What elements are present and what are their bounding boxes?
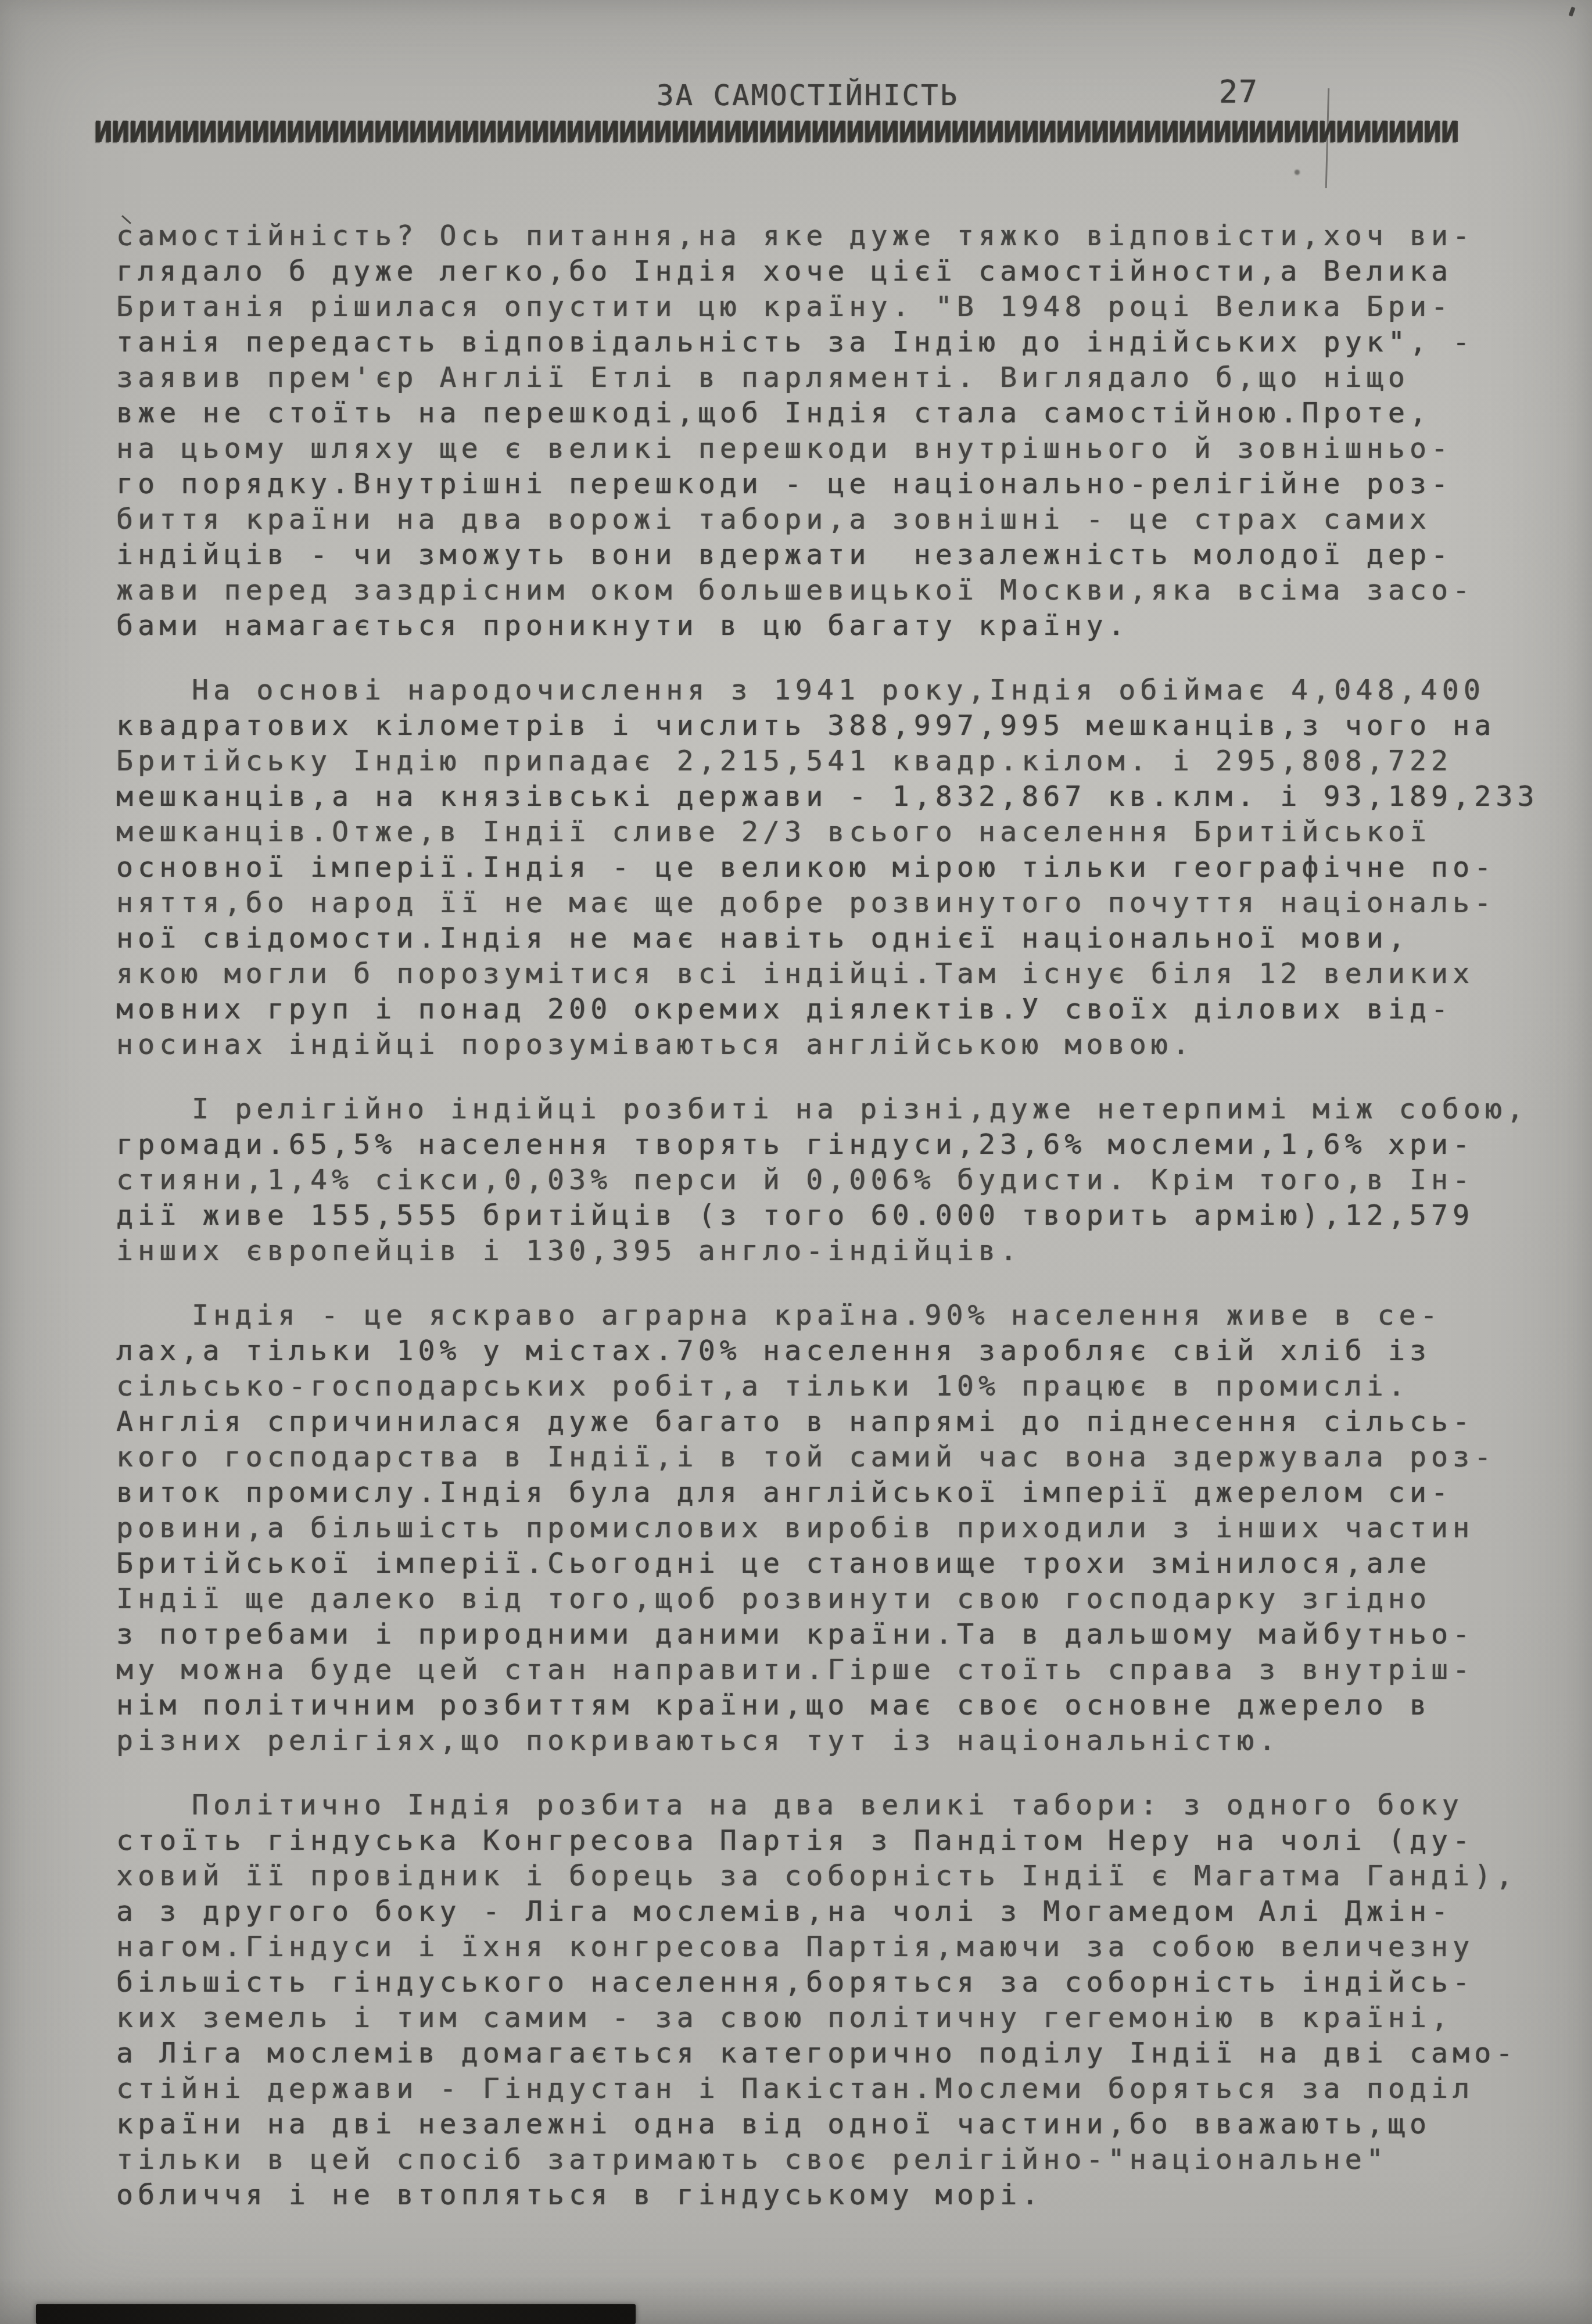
text-line: кого господарства в Індії,і в той самий … bbox=[116, 1440, 1539, 1475]
text-line: Бритійську Індію припадає 2,215,541 квад… bbox=[116, 744, 1539, 779]
text-line: ховий її провідник і борець за соборніст… bbox=[116, 1859, 1539, 1894]
text-line: різних релігіях,що покриваються тут із н… bbox=[116, 1723, 1539, 1759]
text-line: виток промислу.Індія була для англійсько… bbox=[116, 1475, 1539, 1511]
text-line: Британія рішилася опустити цю країну. "В… bbox=[116, 289, 1539, 325]
scan-edge-black-bar bbox=[36, 2304, 636, 2324]
text-line: му можна буде цей стан направити.Гірше с… bbox=[116, 1652, 1539, 1688]
text-line: основної імперії.Індія - це великою міро… bbox=[116, 850, 1539, 885]
text-line: глядало б дуже легко,бо Індія хоче цієї … bbox=[116, 254, 1539, 289]
text-line: Індії ще далеко від того,щоб розвинути с… bbox=[116, 1581, 1539, 1617]
text-line: заявив прем'єр Англії Етлі в парляменті.… bbox=[116, 360, 1539, 396]
text-line: квадратових кілометрів і числить 388,997… bbox=[116, 708, 1539, 744]
paragraph-5: Політично Індія розбита на два великі та… bbox=[116, 1788, 1539, 2213]
paragraph-1: самостійність? Ось питання,на яке дуже т… bbox=[116, 218, 1539, 644]
text-line: Політично Індія розбита на два великі та… bbox=[116, 1788, 1539, 1823]
typed-divider-line: ИИИИИИИИИИИИИИИИИИИИИИИИИИИИИИИИИИИИИИИИ… bbox=[94, 115, 1458, 149]
paragraph-4: Індія - це яскраво аграрна країна.90% на… bbox=[116, 1298, 1539, 1759]
ink-speck bbox=[1295, 170, 1300, 175]
text-line: ких земель і тим самим - за свою політич… bbox=[116, 2000, 1539, 2036]
text-line: мешканців,а на князівські держави - 1,83… bbox=[116, 779, 1539, 815]
text-line: сільсько-господарських робіт,а тільки 10… bbox=[116, 1369, 1539, 1404]
text-line: мешканців.Отже,в Індії сливе 2/3 всього … bbox=[116, 815, 1539, 850]
text-line: стоїть гіндуська Конгресова Партія з Пан… bbox=[116, 1823, 1539, 1859]
text-line: дії живе 155,555 бритійців (з того 60.00… bbox=[116, 1198, 1539, 1233]
text-body: самостійність? Ось питання,на яке дуже т… bbox=[116, 218, 1539, 2242]
text-line: більшість гіндуського населення,боряться… bbox=[116, 1965, 1539, 2000]
text-line: тільки в цей спосіб затримають своє релі… bbox=[116, 2142, 1539, 2178]
text-line: лах,а тільки 10% у містах.70% населення … bbox=[116, 1333, 1539, 1369]
text-line: інших європейців і 130,395 англо-індійці… bbox=[116, 1233, 1539, 1269]
text-line: носинах індійці порозуміваються англійсь… bbox=[116, 1027, 1539, 1063]
text-line: індійців - чи зможуть вони вдержати неза… bbox=[116, 537, 1539, 573]
scanned-document-page: { "document": { "header": { "title": "ЗА… bbox=[0, 0, 1592, 2324]
text-line: вже не стоїть на перешкоді,щоб Індія ста… bbox=[116, 396, 1539, 431]
text-line: На основі народочислення з 1941 року,Інд… bbox=[116, 673, 1539, 708]
text-line: танія передасть відповідальність за Інді… bbox=[116, 325, 1539, 360]
text-line: з потребами і природними даними країни.Т… bbox=[116, 1617, 1539, 1652]
text-line: нім політичним розбиттям країни,що має с… bbox=[116, 1688, 1539, 1723]
text-line: Бритійської імперії.Сьогодні це становищ… bbox=[116, 1546, 1539, 1581]
text-line: якою могли б порозумітися всі індійці.Та… bbox=[116, 956, 1539, 992]
text-line: ровини,а більшість промислових виробів п… bbox=[116, 1511, 1539, 1546]
text-line: стияни,1,4% сікси,0,03% перси й 0,006% б… bbox=[116, 1163, 1539, 1198]
text-line: го порядку.Внутрішні перешкоди - це наці… bbox=[116, 467, 1539, 502]
text-line: няття,бо народ її не має ще добре розвин… bbox=[116, 885, 1539, 921]
text-line: країни на дві незалежні одна від одної ч… bbox=[116, 2107, 1539, 2142]
text-line: на цьому шляху ще є великі перешкоди вну… bbox=[116, 431, 1539, 467]
text-line: Індія - це яскраво аграрна країна.90% на… bbox=[116, 1298, 1539, 1333]
text-line: а з другого боку - Ліга мослемів,на чолі… bbox=[116, 1894, 1539, 1930]
text-line: стійні держави - Гіндустан і Пакістан.Мо… bbox=[116, 2071, 1539, 2107]
text-line: І релігійно індійці розбиті на різні,дуж… bbox=[116, 1092, 1539, 1127]
paragraph-2: На основі народочислення з 1941 року,Інд… bbox=[116, 673, 1539, 1063]
text-line: мовних груп і понад 200 окремих діялекті… bbox=[116, 992, 1539, 1027]
page-number: 27 bbox=[1219, 74, 1258, 110]
text-line: нагом.Гіндуси і їхня конгресова Партія,м… bbox=[116, 1930, 1539, 1965]
text-line: обличчя і не втопляться в гіндуському мо… bbox=[116, 2178, 1539, 2213]
text-line: а Ліга мослемів домагається категорично … bbox=[116, 2036, 1539, 2071]
text-line: самостійність? Ось питання,на яке дуже т… bbox=[116, 218, 1539, 254]
text-line: ної свідомости.Індія не має навіть одніє… bbox=[116, 921, 1539, 956]
text-line: биття країни на два ворожі табори,а зовн… bbox=[116, 502, 1539, 537]
text-line: Англія спричинилася дуже багато в напрям… bbox=[116, 1404, 1539, 1440]
paragraph-3: І релігійно індійці розбиті на різні,дуж… bbox=[116, 1092, 1539, 1269]
text-line: жави перед заздрісним оком большевицької… bbox=[116, 573, 1539, 608]
ink-speck bbox=[1568, 6, 1575, 16]
text-line: бами намагається проникнути в цю багату … bbox=[116, 608, 1539, 644]
page-title: ЗА САМОСТІЙНІСТЬ bbox=[657, 79, 959, 112]
text-line: громади.65,5% населення творять гіндуси,… bbox=[116, 1127, 1539, 1163]
